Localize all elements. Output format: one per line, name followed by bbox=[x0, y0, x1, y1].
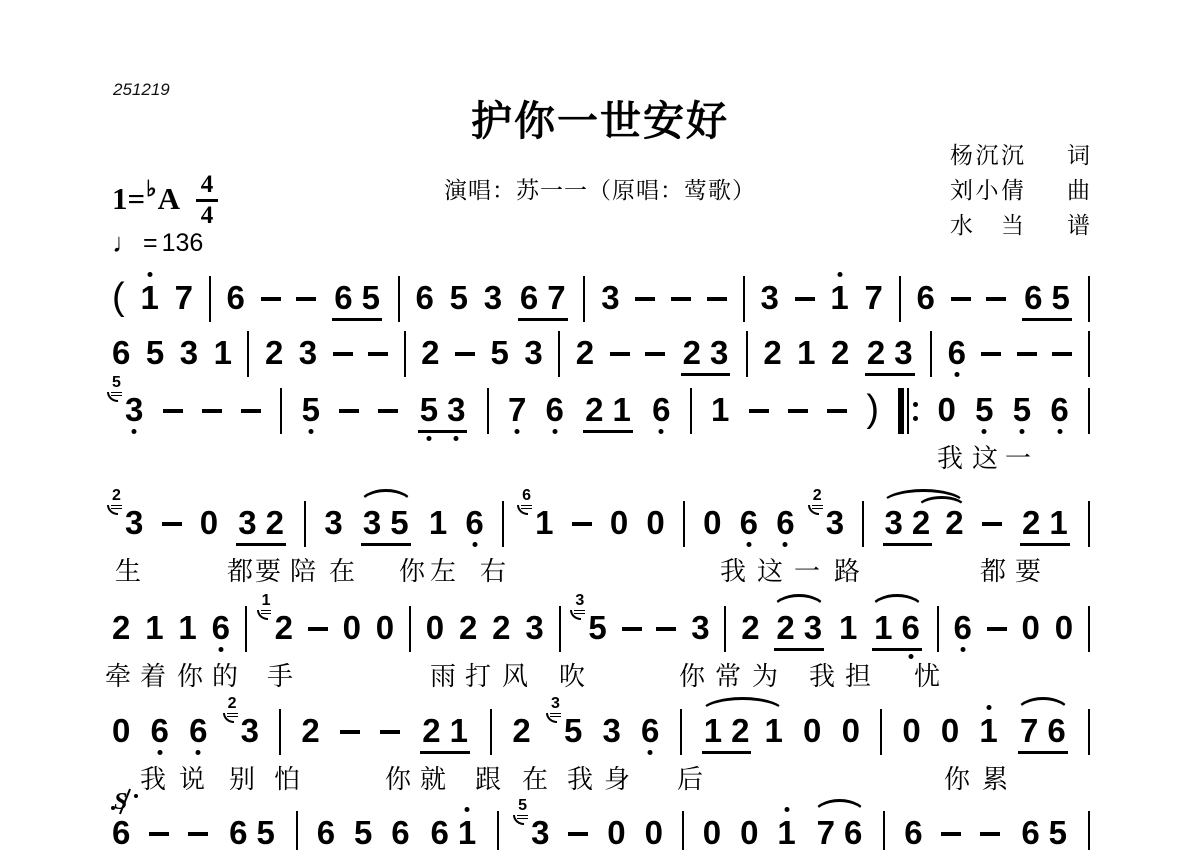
barline bbox=[280, 388, 282, 434]
note-number: 5 bbox=[588, 609, 606, 646]
note-number: 1 bbox=[450, 712, 468, 749]
note-number: 5 bbox=[975, 391, 993, 428]
barline bbox=[279, 709, 281, 755]
note: 3 bbox=[760, 280, 778, 316]
lyric-syllable: 就 bbox=[420, 759, 446, 796]
note-number: 3 bbox=[484, 279, 502, 316]
duration-dash bbox=[987, 627, 1007, 631]
note: 2 bbox=[492, 610, 510, 646]
music-notation: (176656536733176656531232532232122365355… bbox=[112, 0, 1090, 850]
duration-dash bbox=[333, 352, 353, 356]
note: 6 bbox=[652, 392, 670, 428]
repeat-start-sign bbox=[898, 388, 918, 434]
lyric-syllable: 常 bbox=[715, 656, 741, 693]
note-number: 1 bbox=[764, 712, 782, 749]
note-number: 6 bbox=[317, 814, 335, 850]
lyric-syllable: 生 bbox=[115, 551, 141, 588]
note-number: 5 bbox=[1013, 391, 1031, 428]
note-number: 0 bbox=[740, 814, 758, 850]
note: 3 bbox=[691, 610, 709, 646]
lyric-syllable: 都 bbox=[980, 551, 1006, 588]
octave-dot-below bbox=[954, 372, 959, 377]
barline bbox=[209, 276, 211, 322]
note: 7 bbox=[865, 280, 883, 316]
note: 6 bbox=[1024, 280, 1042, 316]
duration-dash bbox=[163, 409, 183, 413]
lyric-syllable: 我 bbox=[140, 759, 166, 796]
note-number: 1 bbox=[535, 504, 553, 541]
barline bbox=[930, 331, 932, 377]
octave-dot-below bbox=[982, 429, 987, 434]
note: 6 bbox=[916, 280, 934, 316]
note-number: 3 bbox=[525, 609, 543, 646]
note-number: 2 bbox=[585, 391, 603, 428]
note: 1 bbox=[711, 392, 729, 428]
note-number: 6 bbox=[954, 609, 972, 646]
note-number: 2 bbox=[512, 712, 530, 749]
note: 0 bbox=[200, 505, 218, 541]
duration-dash bbox=[645, 352, 665, 356]
duration-dash bbox=[572, 522, 592, 526]
note: 2 bbox=[421, 335, 439, 371]
duration-dash bbox=[749, 409, 769, 413]
duration-dash bbox=[980, 832, 1000, 836]
note-number: 1 bbox=[1049, 504, 1067, 541]
lyric-syllable: 在 bbox=[329, 551, 355, 588]
lyric-syllable: 着 bbox=[140, 656, 166, 693]
duration-dash bbox=[162, 522, 182, 526]
note: 3 bbox=[894, 335, 912, 371]
note-number: 6 bbox=[740, 504, 758, 541]
lyric-syllable: 手 bbox=[267, 656, 293, 693]
note-number: 3 bbox=[710, 334, 728, 371]
note-number: 6 bbox=[112, 334, 130, 371]
beamed-note-group: 65 bbox=[1022, 280, 1072, 321]
barline bbox=[398, 276, 400, 322]
note-number: 5 bbox=[302, 391, 320, 428]
note-number: 6 bbox=[948, 334, 966, 371]
note-number: 6 bbox=[641, 712, 659, 749]
note: 2 bbox=[301, 713, 319, 749]
beamed-note-group: 23 bbox=[865, 335, 915, 376]
note: 23 bbox=[241, 713, 259, 749]
barline bbox=[937, 606, 939, 652]
octave-dot-below bbox=[1019, 429, 1024, 434]
grace-note: 3 bbox=[574, 593, 585, 614]
repeat-dot bbox=[913, 402, 918, 407]
duration-dash bbox=[296, 297, 316, 301]
note: 2 bbox=[731, 713, 749, 749]
note: 0 bbox=[112, 713, 130, 749]
duration-dash bbox=[202, 409, 222, 413]
note: 2 bbox=[741, 610, 759, 646]
note-number: 6 bbox=[431, 814, 449, 850]
note: 1 bbox=[764, 713, 782, 754]
note-number: 1 bbox=[830, 279, 848, 316]
lyric-syllable: 你 bbox=[679, 656, 705, 693]
note: 1 bbox=[979, 713, 997, 749]
lyric-syllable: 陪 bbox=[290, 551, 316, 588]
beamed-note-group: 65 bbox=[1019, 815, 1069, 850]
note-number: 0 bbox=[200, 504, 218, 541]
note: 0 bbox=[376, 610, 394, 646]
lyric-syllable: 为 bbox=[752, 656, 778, 693]
note: 2 bbox=[1022, 505, 1040, 541]
note-number: 0 bbox=[376, 609, 394, 646]
note: 2 bbox=[422, 713, 440, 749]
note: 6 bbox=[227, 280, 245, 316]
note: 5 bbox=[420, 392, 438, 428]
octave-dot-above bbox=[147, 272, 152, 277]
lyric-syllable: 雨 bbox=[430, 656, 456, 693]
note-number: 0 bbox=[938, 391, 956, 428]
note: 6 bbox=[904, 815, 922, 850]
lyric-syllable: 你 bbox=[399, 551, 425, 588]
note: 0 bbox=[902, 713, 920, 749]
note-number: 5 bbox=[1049, 814, 1067, 850]
lyric-syllable: 怕 bbox=[274, 759, 300, 796]
lyric-syllable: 一 bbox=[794, 551, 820, 588]
barline bbox=[1088, 331, 1090, 377]
note: 6 bbox=[229, 815, 247, 850]
note-number: 3 bbox=[241, 712, 259, 749]
note-number: 3 bbox=[691, 609, 709, 646]
barline bbox=[682, 811, 684, 850]
duration-dash bbox=[610, 352, 630, 356]
barline bbox=[880, 709, 882, 755]
note: 6 bbox=[520, 280, 538, 316]
grace-note: 5 bbox=[517, 798, 528, 819]
note-number: 0 bbox=[842, 712, 860, 749]
note-number: 3 bbox=[602, 712, 620, 749]
barline bbox=[1088, 276, 1090, 322]
note: 6 bbox=[334, 280, 352, 316]
note: 53 bbox=[125, 392, 143, 428]
octave-dot-above bbox=[465, 807, 470, 812]
note: 6 bbox=[546, 392, 564, 428]
duration-dash bbox=[656, 627, 676, 631]
octave-dot-below bbox=[218, 647, 223, 652]
duration-dash bbox=[671, 297, 691, 301]
duration-dash bbox=[340, 730, 360, 734]
note-number: 2 bbox=[945, 504, 963, 541]
grace-note: 1 bbox=[261, 593, 272, 614]
note-number: 2 bbox=[459, 609, 477, 646]
grace-note: 2 bbox=[111, 488, 122, 509]
note-number: 3 bbox=[894, 334, 912, 371]
note-number: 3 bbox=[524, 334, 542, 371]
note: 3 bbox=[885, 505, 903, 541]
duration-dash bbox=[378, 409, 398, 413]
note-number: 1 bbox=[429, 504, 447, 541]
note: 6 bbox=[844, 815, 862, 850]
note-number: 1 bbox=[874, 609, 892, 646]
note-number: 3 bbox=[885, 504, 903, 541]
note: 2 bbox=[912, 505, 930, 541]
note: 6 bbox=[740, 505, 758, 541]
note: 5 bbox=[1049, 815, 1067, 850]
note-number: 5 bbox=[450, 279, 468, 316]
note: 3 bbox=[324, 505, 342, 541]
duration-dash bbox=[707, 297, 727, 301]
lyric-syllable: 担 bbox=[845, 656, 871, 693]
segno-dot bbox=[111, 806, 115, 810]
duration-dash bbox=[261, 297, 281, 301]
beamed-note-group: 67 bbox=[518, 280, 568, 321]
lyric-syllable: 这 bbox=[757, 551, 783, 588]
note-number: 7 bbox=[175, 279, 193, 316]
note: 5 bbox=[450, 280, 468, 316]
barline bbox=[497, 811, 499, 850]
parenthesis: ) bbox=[866, 389, 879, 429]
lyric-syllable: 忧 bbox=[914, 656, 940, 693]
note: 6 bbox=[641, 713, 659, 749]
lyric-syllable: 都 bbox=[227, 551, 253, 588]
note-number: 3 bbox=[447, 391, 465, 428]
note-number: 6 bbox=[334, 279, 352, 316]
lyric-syllable: 要 bbox=[1015, 551, 1041, 588]
beamed-note-group: 65 bbox=[332, 280, 382, 321]
lyric-syllable: 我 bbox=[937, 438, 963, 475]
note-number: 3 bbox=[760, 279, 778, 316]
note: 12 bbox=[275, 610, 293, 646]
beamed-note-group: 21 bbox=[420, 713, 470, 754]
beamed-note-group: 21 bbox=[583, 392, 633, 433]
note: 6 bbox=[112, 815, 130, 850]
lyrics-row: 牵着你的手雨打风吹你常为我担忧 bbox=[112, 656, 1090, 686]
note: 1 bbox=[1049, 505, 1067, 541]
barline bbox=[690, 388, 692, 434]
barline bbox=[862, 501, 864, 547]
note-number: 0 bbox=[646, 504, 664, 541]
note-number: 3 bbox=[601, 279, 619, 316]
octave-dot-below bbox=[746, 542, 751, 547]
note: 6 bbox=[1050, 392, 1068, 428]
note-number: 3 bbox=[363, 504, 381, 541]
note-number: 0 bbox=[610, 504, 628, 541]
note: 1 bbox=[613, 392, 631, 428]
barline bbox=[490, 709, 492, 755]
note: 3 bbox=[447, 392, 465, 428]
duration-dash bbox=[308, 627, 328, 631]
note: 5 bbox=[390, 505, 408, 541]
octave-dot-below bbox=[783, 542, 788, 547]
note-number: 6 bbox=[1047, 712, 1065, 749]
note: 5 bbox=[1013, 392, 1031, 428]
note-number: 3 bbox=[826, 504, 844, 541]
repeat-thin-bar bbox=[907, 388, 909, 434]
lyric-syllable: 要 bbox=[255, 551, 281, 588]
note: 6 bbox=[954, 610, 972, 646]
note: 2 bbox=[945, 505, 963, 546]
note: 35 bbox=[588, 610, 606, 646]
lyric-syllable: 牵 bbox=[105, 656, 131, 693]
note: 5 bbox=[975, 392, 993, 428]
note-number: 6 bbox=[229, 814, 247, 850]
note-number: 6 bbox=[227, 279, 245, 316]
lyric-syllable: 跟 bbox=[475, 759, 501, 796]
beamed-note-group: 32 bbox=[236, 505, 286, 546]
duration-dash bbox=[795, 297, 815, 301]
beamed-note-group: 23 bbox=[681, 335, 731, 376]
note: 5 bbox=[1052, 280, 1070, 316]
note-number: 2 bbox=[731, 712, 749, 749]
note-number: 6 bbox=[652, 391, 670, 428]
lyric-syllable: 在 bbox=[522, 759, 548, 796]
note-number: 2 bbox=[912, 504, 930, 541]
barline bbox=[883, 811, 885, 850]
music-line: 211612000223353223116600 bbox=[112, 610, 1090, 650]
note: 3 bbox=[363, 505, 381, 541]
lyric-syllable: 一 bbox=[1005, 438, 1031, 475]
beamed-note-group: 65 bbox=[227, 815, 277, 850]
slur-note-group: 16 bbox=[872, 610, 922, 651]
note: 7 bbox=[817, 815, 835, 850]
barline bbox=[1088, 501, 1090, 547]
repeat-thick-bar bbox=[898, 388, 904, 434]
lyric-syllable: 的 bbox=[212, 656, 238, 693]
note-number: 5 bbox=[362, 279, 380, 316]
barline bbox=[1088, 606, 1090, 652]
note-number: 1 bbox=[140, 279, 158, 316]
barline bbox=[683, 501, 685, 547]
note-number: 1 bbox=[797, 334, 815, 371]
note-number: 2 bbox=[741, 609, 759, 646]
lyric-syllable: 右 bbox=[480, 551, 506, 588]
note-number: 3 bbox=[125, 504, 143, 541]
note-number: 1 bbox=[711, 391, 729, 428]
note-number: 2 bbox=[301, 712, 319, 749]
note: 53 bbox=[531, 815, 549, 850]
lyric-syllable: 打 bbox=[465, 656, 491, 693]
note: 6 bbox=[1047, 713, 1065, 749]
note-number: 1 bbox=[979, 712, 997, 749]
note: 6 bbox=[317, 815, 335, 850]
note: 1 bbox=[839, 610, 857, 646]
note: 6 bbox=[431, 815, 449, 850]
lyric-syllable: 你 bbox=[944, 759, 970, 796]
note: 6 bbox=[776, 505, 794, 541]
note: 2 bbox=[867, 335, 885, 371]
barline bbox=[487, 388, 489, 434]
music-line: 230323351661000662332221 bbox=[112, 505, 1090, 545]
note-number: 2 bbox=[421, 334, 439, 371]
barline bbox=[724, 606, 726, 652]
note-number: 5 bbox=[491, 334, 509, 371]
duration-dash bbox=[788, 409, 808, 413]
lyrics-row: 生都要陪在你左右我这一路都要 bbox=[112, 551, 1090, 581]
note-number: 2 bbox=[422, 712, 440, 749]
note-number: 6 bbox=[902, 609, 920, 646]
note: 7 bbox=[1020, 713, 1038, 749]
note: 2 bbox=[265, 335, 283, 371]
barline bbox=[304, 501, 306, 547]
note-number: 2 bbox=[683, 334, 701, 371]
repeat-dot bbox=[913, 416, 918, 421]
lyric-syllable: 左 bbox=[430, 551, 456, 588]
lyric-syllable: 路 bbox=[834, 551, 860, 588]
note: 1 bbox=[777, 815, 795, 850]
note: 1 bbox=[214, 335, 232, 371]
barline bbox=[743, 276, 745, 322]
note: 6 bbox=[212, 610, 230, 646]
music-line: 653123253223212236 bbox=[112, 335, 1090, 375]
note-number: 5 bbox=[564, 712, 582, 749]
barline bbox=[559, 606, 561, 652]
barline bbox=[502, 501, 504, 547]
octave-dot-below bbox=[472, 542, 477, 547]
note: 0 bbox=[803, 713, 821, 749]
note-number: 0 bbox=[941, 712, 959, 749]
note: 6 bbox=[1021, 815, 1039, 850]
note-number: 6 bbox=[844, 814, 862, 850]
slur-note-group: 76 bbox=[815, 815, 865, 850]
octave-dot-below bbox=[659, 429, 664, 434]
barline bbox=[404, 331, 406, 377]
duration-dash bbox=[241, 409, 261, 413]
beamed-note-group: 21 bbox=[1020, 505, 1070, 546]
note: 23 bbox=[125, 505, 143, 541]
duration-dash bbox=[339, 409, 359, 413]
note: 35 bbox=[564, 713, 582, 749]
duration-dash bbox=[982, 522, 1002, 526]
slur-note-group: 121 bbox=[702, 713, 783, 754]
note-number: 5 bbox=[390, 504, 408, 541]
duration-dash bbox=[635, 297, 655, 301]
note: 5 bbox=[354, 815, 372, 850]
duration-dash bbox=[188, 832, 208, 836]
note-number: 2 bbox=[776, 609, 794, 646]
note: 2 bbox=[459, 610, 477, 646]
octave-dot-below bbox=[132, 429, 137, 434]
note: 1 bbox=[704, 713, 722, 749]
note: 2 bbox=[776, 610, 794, 646]
note-number: 6 bbox=[465, 504, 483, 541]
note: 0 bbox=[740, 815, 758, 850]
note-number: 3 bbox=[324, 504, 342, 541]
music-line: (17665653673317665 bbox=[112, 280, 1090, 320]
note-number: 6 bbox=[546, 391, 564, 428]
note-number: 7 bbox=[547, 279, 565, 316]
note-number: 6 bbox=[1024, 279, 1042, 316]
grace-note: 2 bbox=[227, 696, 238, 717]
note-number: 1 bbox=[178, 609, 196, 646]
note: 0 bbox=[646, 505, 664, 541]
barline bbox=[746, 331, 748, 377]
note-number: 2 bbox=[1022, 504, 1040, 541]
duration-dash bbox=[941, 832, 961, 836]
barline bbox=[296, 811, 298, 850]
note: 6 bbox=[112, 335, 130, 371]
note-number: 3 bbox=[531, 814, 549, 850]
note: 2 bbox=[683, 335, 701, 371]
note: 23 bbox=[826, 505, 844, 541]
note-number: 2 bbox=[492, 609, 510, 646]
beamed-note-group: 61 bbox=[429, 815, 479, 850]
note-number: 2 bbox=[265, 334, 283, 371]
note: 6 bbox=[902, 610, 920, 646]
sheet-music-page: 251219 护你一世安好 杨沉沉 词 刘小倩 曲 水当 谱 1= ♭ A 4 … bbox=[0, 0, 1200, 850]
barline bbox=[899, 276, 901, 322]
grace-note: 3 bbox=[550, 696, 561, 717]
beamed-note-group: 12 bbox=[702, 713, 752, 754]
lyrics-row: 我这一 bbox=[112, 438, 1090, 468]
note: 2 bbox=[112, 610, 130, 646]
octave-dot-below bbox=[308, 429, 313, 434]
duration-dash bbox=[1017, 352, 1037, 356]
note-number: 0 bbox=[803, 712, 821, 749]
barline bbox=[680, 709, 682, 755]
